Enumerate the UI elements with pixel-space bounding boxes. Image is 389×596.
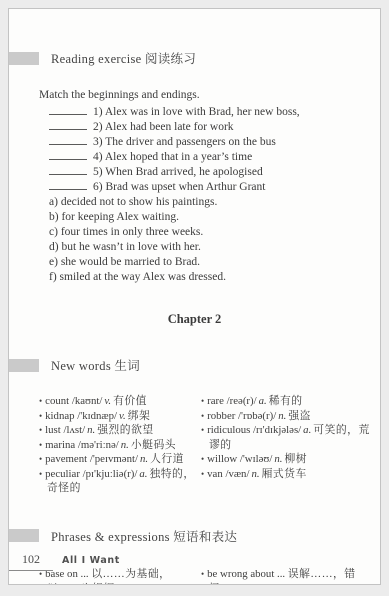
chinese-gloss: 强盗 [288,410,311,422]
word: marina [45,439,75,451]
word-entry: •kidnap /'kɪdnæp/v.绑架 [39,409,201,424]
ending-item: e) she would be married to Brad. [49,255,380,270]
item-number: 5) [93,166,103,178]
part-of-speech: v. [104,395,111,407]
phonetic: /'kɪdnæp/ [77,410,117,422]
bullet-icon: • [39,411,42,421]
ending-item: b) for keeping Alex waiting. [49,210,380,225]
item-letter: b) [49,211,59,223]
part-of-speech: a. [303,424,311,436]
book-title: All I Want [62,555,120,566]
reading-exercise-header: Reading exercise 阅读练习 [9,49,380,67]
ending-item: f) smiled at the way Alex was dressed. [49,270,380,285]
item-text: Alex had been late for work [105,121,234,133]
beginning-item: 6) Brad was upset when Arthur Grant [49,180,380,195]
beginning-item: 4) Alex hoped that in a year’s time [49,150,380,165]
item-number: 1) [93,106,103,118]
part-of-speech: n. [251,468,259,480]
answer-blank [49,135,87,145]
item-number: 2) [93,121,103,133]
bullet-icon: • [201,411,204,421]
matching-instruction: Match the beginnings and endings. [39,89,380,101]
word-entry: •marina /mə'riːnə/n.小艇码头 [39,438,201,453]
item-number: 4) [93,151,103,163]
word: pavement [45,453,87,465]
chinese-gloss: 柳树 [284,453,307,465]
new-words-column-right: •rare /reə(r)/a.稀有的 •robber /'rɒbə(r)/n.… [201,394,371,496]
chapter-heading: Chapter 2 [9,312,380,327]
page-footer: 102 All I Want [9,552,380,571]
word-entry: •willow /'wɪləʊ/n.柳树 [201,452,371,467]
word: kidnap [45,410,74,422]
answer-blank [49,165,87,175]
item-text: she would be married to Brad. [61,256,200,268]
item-number: 3) [93,136,103,148]
phonetic: /rɪ'dɪkjələs/ [253,424,301,436]
chinese-gloss: 稀有的 [269,395,303,407]
phonetic: /'rɒbə(r)/ [238,410,276,422]
phonetic: /reə(r)/ [227,395,257,407]
phonetic: /lʌst/ [63,424,85,436]
part-of-speech: a. [139,468,147,480]
part-of-speech: n. [140,453,148,465]
item-letter: e) [49,256,58,268]
phonetic: /'wɪləʊ/ [240,453,272,465]
item-text: When Brad arrived, he apologised [105,166,262,178]
word-entry: •pavement /'peɪvmənt/n.人行道 [39,452,201,467]
item-text: Brad was upset when Arthur Grant [105,181,265,193]
answer-blank [49,180,87,190]
item-letter: c) [49,226,58,238]
bullet-icon: • [201,425,204,435]
endings-list: a) decided not to show his paintings. b)… [49,195,380,285]
part-of-speech: a. [259,395,267,407]
bullet-icon: • [39,454,42,464]
phonetic: /mə'riːnə/ [78,439,119,451]
ending-item: d) but he wasn’t in love with her. [49,240,380,255]
phonetic: /'peɪvmənt/ [90,453,138,465]
section-tab-marker [9,52,39,65]
phonetic: /væn/ [225,468,249,480]
bullet-icon: • [201,454,204,464]
item-text: four times in only three weeks. [61,226,203,238]
ending-item: c) four times in only three weeks. [49,225,380,240]
part-of-speech: n. [121,439,129,451]
new-words-list: •count /kaʊnt/v.有价值 •kidnap /'kɪdnæp/v.绑… [39,394,380,496]
word: lust [45,424,61,436]
section-tab-marker [9,359,39,372]
new-words-column-left: •count /kaʊnt/v.有价值 •kidnap /'kɪdnæp/v.绑… [39,394,201,496]
new-words-header: New words 生词 [9,356,380,374]
phonetic: /kaʊnt/ [72,395,103,407]
bullet-icon: • [39,396,42,406]
word: peculiar [45,468,80,480]
beginning-item: 3) The driver and passengers on the bus [49,135,380,150]
word: ridiculous [207,424,250,436]
item-number: 6) [93,181,103,193]
word: rare [207,395,224,407]
bullet-icon: • [201,469,204,479]
item-text: Alex hoped that in a year’s time [105,151,252,163]
item-text: smiled at the way Alex was dressed. [60,271,226,283]
item-text: but he wasn’t in love with her. [61,241,200,253]
item-text: Alex was in love with Brad, her new boss… [105,106,300,118]
word-entry: •peculiar /pɪ'kjuːliə(r)/a.独特的，奇怪的 [39,467,201,496]
chinese-gloss: 强烈的欲望 [97,424,153,436]
word-entry: •ridiculous /rɪ'dɪkjələs/a.可笑的，荒谬的 [201,423,371,452]
beginning-item: 1) Alex was in love with Brad, her new b… [49,105,380,120]
word: robber [207,410,235,422]
item-text: for keeping Alex waiting. [61,211,179,223]
word: willow [207,453,237,465]
part-of-speech: v. [119,410,126,422]
book-page: Reading exercise 阅读练习 Match the beginnin… [8,8,381,585]
part-of-speech: n. [87,424,95,436]
part-of-speech: n. [278,410,286,422]
bullet-icon: • [201,396,204,406]
phrases-header: Phrases & expressions 短语和表达 [9,527,380,545]
beginning-item: 2) Alex had been late for work [49,120,380,135]
word: count [45,395,69,407]
answer-blank [49,120,87,130]
chinese-gloss: 绑架 [128,410,151,422]
item-text: The driver and passengers on the bus [105,136,276,148]
bullet-icon: • [39,425,42,435]
beginnings-list: 1) Alex was in love with Brad, her new b… [49,105,380,195]
chinese-gloss: 人行道 [150,453,184,465]
word-entry: •van /væn/n.厢式货车 [201,467,371,482]
answer-blank [49,105,87,115]
word-entry: •count /kaʊnt/v.有价值 [39,394,201,409]
bullet-icon: • [39,469,42,479]
reading-exercise-header-label: Reading exercise 阅读练习 [51,49,196,67]
ending-item: a) decided not to show his paintings. [49,195,380,210]
page-number: 102 [9,552,53,571]
phonetic: /pɪ'kjuːliə(r)/ [83,468,138,480]
bullet-icon: • [39,440,42,450]
section-tab-marker [9,529,39,542]
word-entry: •lust /lʌst/n.强烈的欲望 [39,423,201,438]
new-words-header-label: New words 生词 [51,356,140,374]
answer-blank [49,150,87,160]
beginning-item: 5) When Brad arrived, he apologised [49,165,380,180]
chinese-gloss: 有价值 [113,395,147,407]
word-entry: •robber /'rɒbə(r)/n.强盗 [201,409,371,424]
item-letter: f) [49,271,57,283]
word: van [207,468,223,480]
phrases-header-label: Phrases & expressions 短语和表达 [51,527,237,545]
item-letter: d) [49,241,59,253]
item-text: decided not to show his paintings. [61,196,218,208]
item-letter: a) [49,196,58,208]
word-entry: •rare /reə(r)/a.稀有的 [201,394,371,409]
chinese-gloss: 厢式货车 [262,468,307,480]
chinese-gloss: 小艇码头 [131,439,176,451]
part-of-speech: n. [274,453,282,465]
